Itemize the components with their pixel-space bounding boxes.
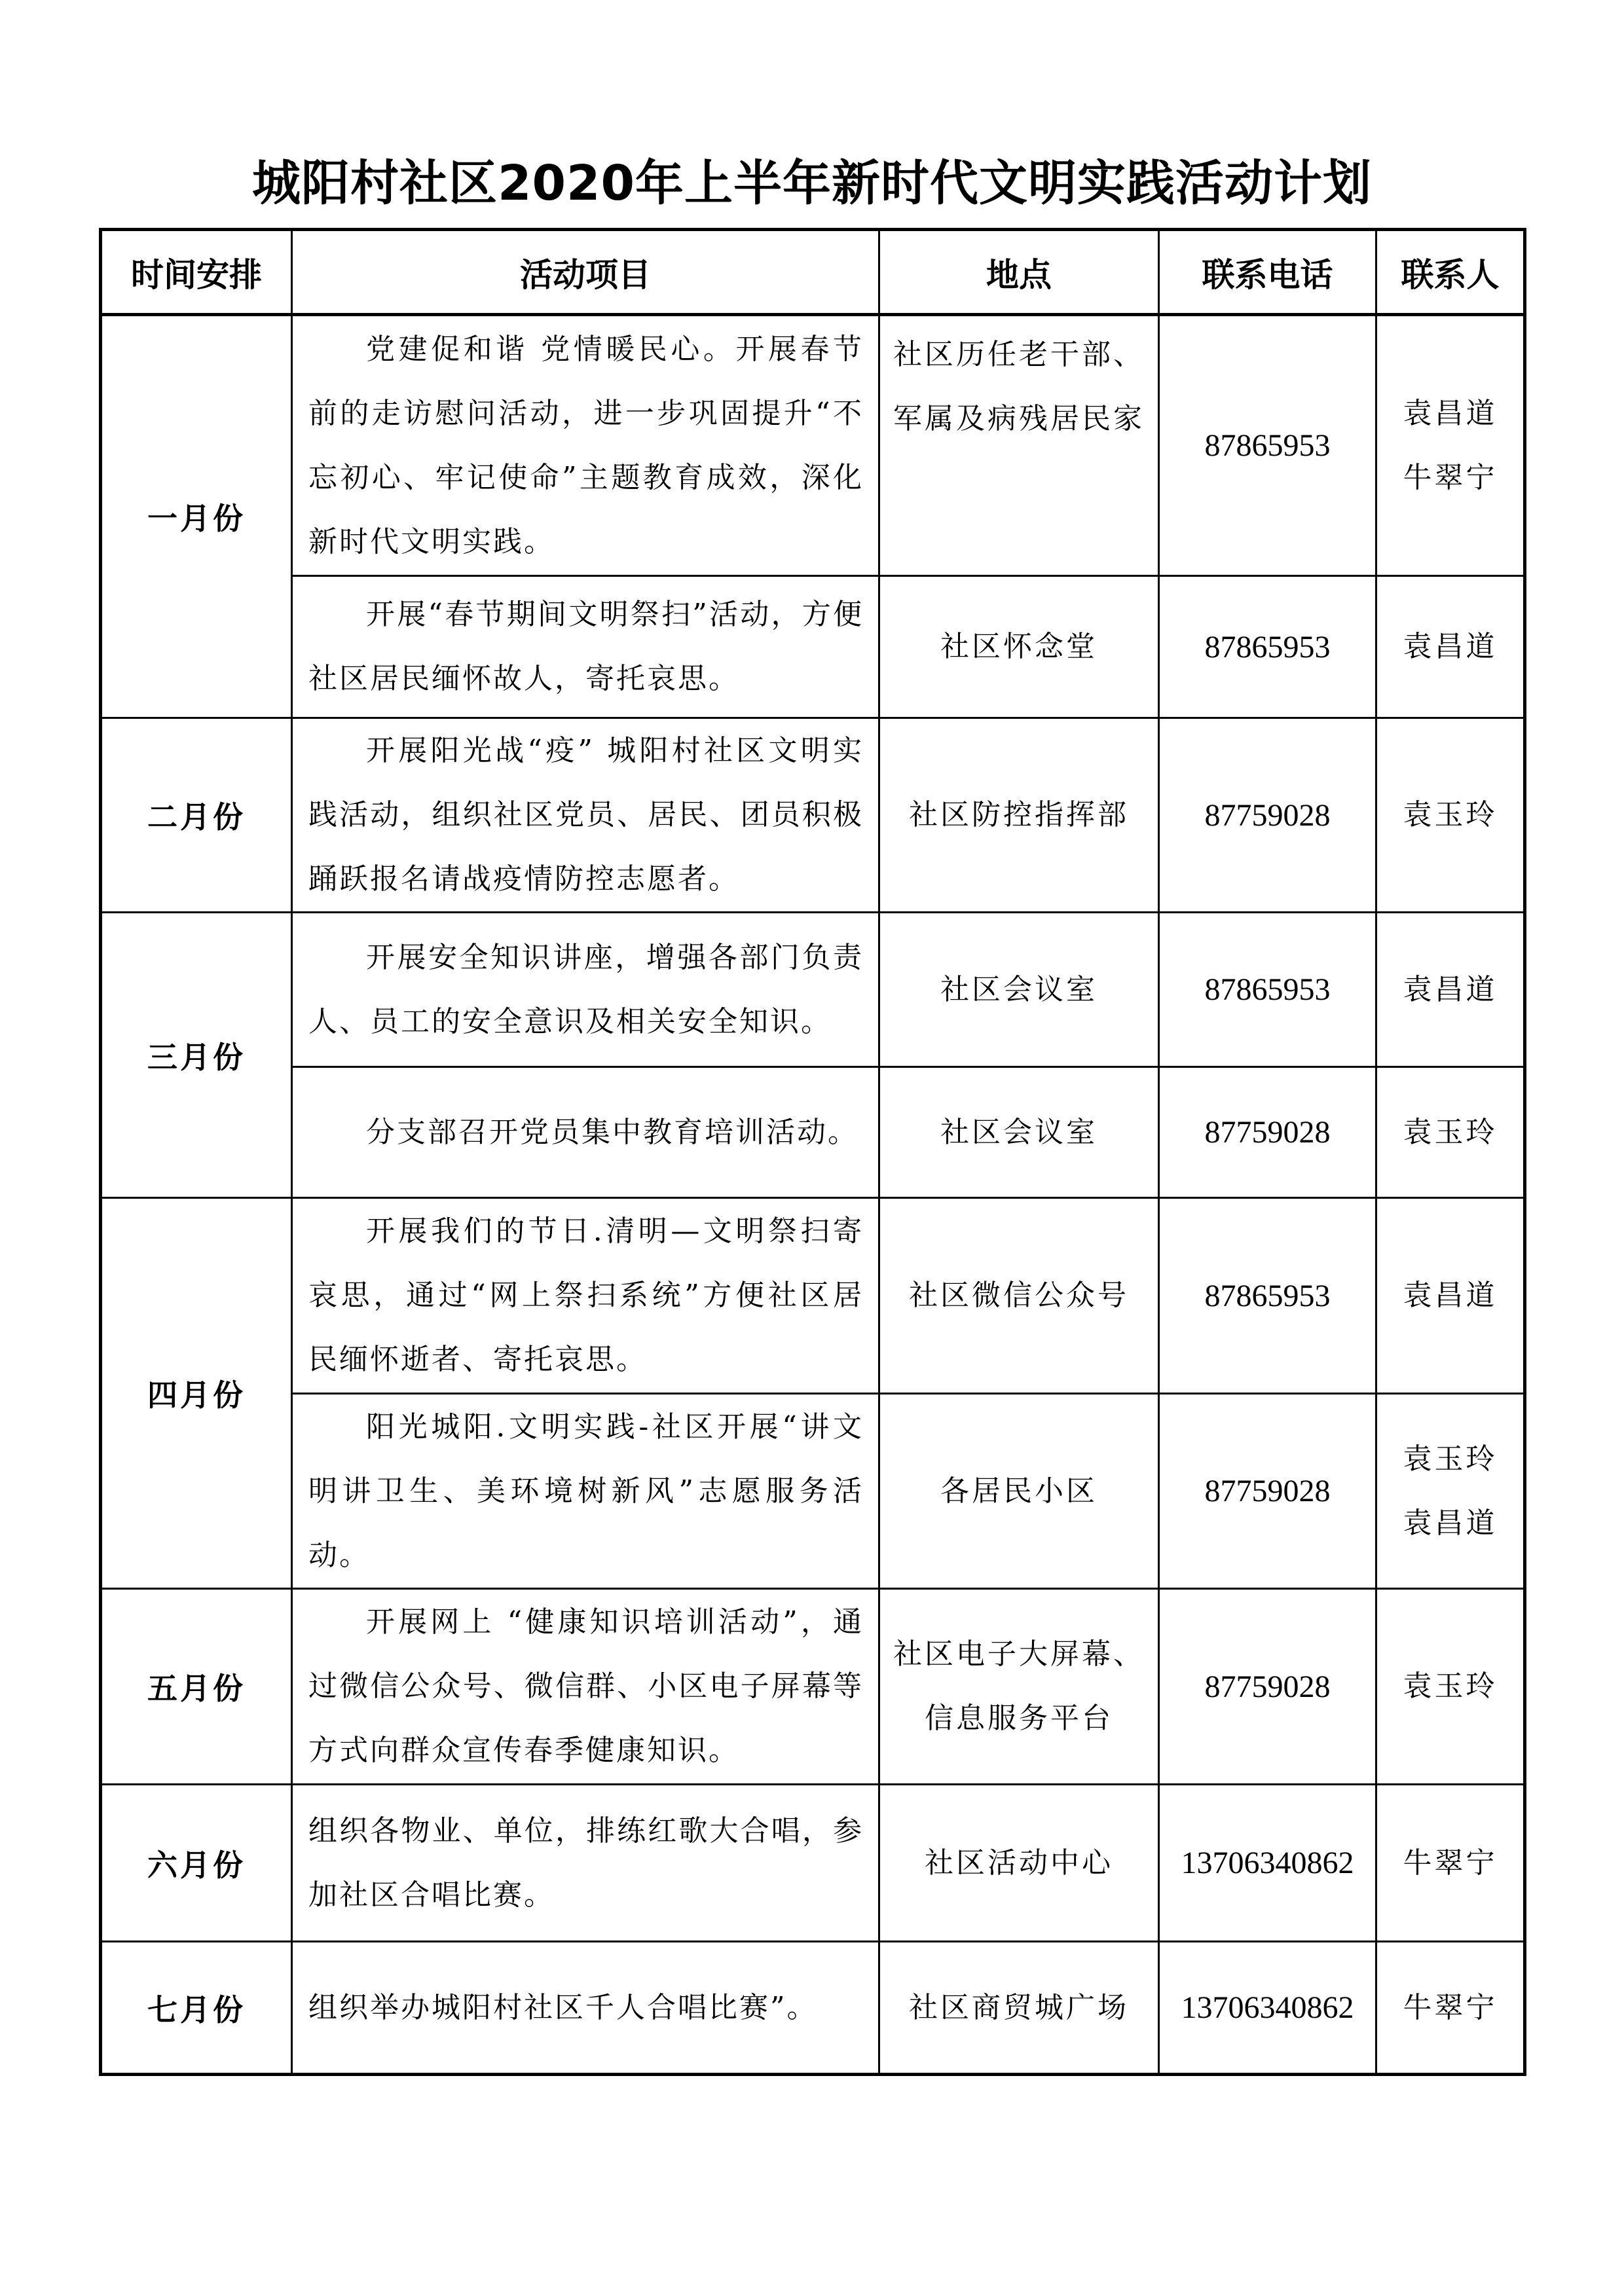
header-activity: 活动项目	[292, 230, 879, 315]
location-cell: 社区会议室	[879, 913, 1159, 1067]
table-row: 分支部召开党员集中教育培训活动。 社区会议室 87759028 袁玉玲	[101, 1067, 1525, 1198]
contact-cell: 袁玉玲	[1376, 1589, 1525, 1785]
phone-cell: 87759028	[1159, 1589, 1376, 1785]
phone-cell: 87759028	[1159, 718, 1376, 913]
contact-cell: 牛翠宁	[1376, 1785, 1525, 1942]
location-cell: 社区防控指挥部	[879, 718, 1159, 913]
contact-cell: 袁昌道	[1376, 576, 1525, 718]
location-line: 社区电子大屏幕、	[893, 1622, 1145, 1686]
phone-cell: 87865953	[1159, 576, 1376, 718]
header-phone: 联系电话	[1159, 230, 1376, 315]
activity-cell: 阳光城阳.文明实践-社区开展“讲文明讲卫生、美环境树新风”志愿服务活动。	[292, 1394, 879, 1589]
activity-cell: 分支部召开党员集中教育培训活动。	[292, 1067, 879, 1198]
contact-cell: 袁玉玲	[1376, 718, 1525, 913]
table-row: 七月份 组织举办城阳村社区千人合唱比赛”。 社区商贸城广场 1370634086…	[101, 1942, 1525, 2075]
table-row: 五月份 开展网上 “健康知识培训活动”，通过微信公众号、微信群、小区电子屏幕等方…	[101, 1589, 1525, 1785]
contact-cell: 袁昌道	[1376, 1198, 1525, 1394]
activity-cell: 党建促和谐 党情暖民心。开展春节前的走访慰问活动，进一步巩固提升“不忘初心、牢记…	[292, 315, 879, 576]
activity-cell: 组织各物业、单位，排练红歌大合唱，参加社区合唱比赛。	[292, 1785, 879, 1942]
activity-cell: 开展“春节期间文明祭扫”活动，方便社区居民缅怀故人，寄托哀思。	[292, 576, 879, 718]
phone-cell: 13706340862	[1159, 1942, 1376, 2075]
table-row: 二月份 开展阳光战“疫” 城阳村社区文明实践活动，组织社区党员、居民、团员积极踊…	[101, 718, 1525, 913]
contact-name: 袁玉玲	[1377, 1427, 1523, 1491]
activity-cell: 开展我们的节日.清明—文明祭扫寄哀思，通过“网上祭扫系统”方便社区居民缅怀逝者、…	[292, 1198, 879, 1394]
contact-cell: 袁玉玲	[1376, 1067, 1525, 1198]
table-row: 四月份 开展我们的节日.清明—文明祭扫寄哀思，通过“网上祭扫系统”方便社区居民缅…	[101, 1198, 1525, 1394]
activity-cell: 开展安全知识讲座，增强各部门负责人、员工的安全意识及相关安全知识。	[292, 913, 879, 1067]
month-cell: 二月份	[101, 718, 292, 913]
location-cell: 社区电子大屏幕、 信息服务平台	[879, 1589, 1159, 1785]
location-cell: 社区历任老干部、军属及病残居民家	[879, 315, 1159, 576]
document-title: 城阳村社区2020年上半年新时代文明实践活动计划	[0, 147, 1624, 219]
month-cell: 一月份	[101, 315, 292, 718]
location-cell: 社区活动中心	[879, 1785, 1159, 1942]
header-schedule: 时间安排	[101, 230, 292, 315]
table-row: 开展“春节期间文明祭扫”活动，方便社区居民缅怀故人，寄托哀思。 社区怀念堂 87…	[101, 576, 1525, 718]
contact-name: 袁昌道	[1377, 382, 1523, 446]
phone-cell: 87865953	[1159, 913, 1376, 1067]
contact-cell: 袁玉玲 袁昌道	[1376, 1394, 1525, 1589]
location-line: 信息服务平台	[893, 1686, 1145, 1751]
header-location: 地点	[879, 230, 1159, 315]
month-cell: 六月份	[101, 1785, 292, 1942]
month-cell: 四月份	[101, 1198, 292, 1589]
phone-cell: 87759028	[1159, 1394, 1376, 1589]
table-row: 一月份 党建促和谐 党情暖民心。开展春节前的走访慰问活动，进一步巩固提升“不忘初…	[101, 315, 1525, 576]
table-row: 六月份 组织各物业、单位，排练红歌大合唱，参加社区合唱比赛。 社区活动中心 13…	[101, 1785, 1525, 1942]
activity-cell: 组织举办城阳村社区千人合唱比赛”。	[292, 1942, 879, 2075]
contact-cell: 袁昌道 牛翠宁	[1376, 315, 1525, 576]
table-row: 三月份 开展安全知识讲座，增强各部门负责人、员工的安全意识及相关安全知识。 社区…	[101, 913, 1525, 1067]
table-header-row: 时间安排 活动项目 地点 联系电话 联系人	[101, 230, 1525, 315]
location-cell: 社区会议室	[879, 1067, 1159, 1198]
phone-cell: 87865953	[1159, 1198, 1376, 1394]
activity-cell: 开展网上 “健康知识培训活动”，通过微信公众号、微信群、小区电子屏幕等方式向群众…	[292, 1589, 879, 1785]
activity-plan-table: 时间安排 活动项目 地点 联系电话 联系人 一月份 党建促和谐 党情暖民心。开展…	[99, 228, 1526, 2076]
activity-cell: 开展阳光战“疫” 城阳村社区文明实践活动，组织社区党员、居民、团员积极踊跃报名请…	[292, 718, 879, 913]
table-row: 阳光城阳.文明实践-社区开展“讲文明讲卫生、美环境树新风”志愿服务活动。 各居民…	[101, 1394, 1525, 1589]
location-cell: 社区商贸城广场	[879, 1942, 1159, 2075]
month-cell: 五月份	[101, 1589, 292, 1785]
contact-cell: 牛翠宁	[1376, 1942, 1525, 2075]
contact-name: 牛翠宁	[1377, 446, 1523, 510]
location-cell: 各居民小区	[879, 1394, 1159, 1589]
month-cell: 三月份	[101, 913, 292, 1198]
contact-cell: 袁昌道	[1376, 913, 1525, 1067]
location-cell: 社区微信公众号	[879, 1198, 1159, 1394]
phone-cell: 87759028	[1159, 1067, 1376, 1198]
phone-cell: 87865953	[1159, 315, 1376, 576]
contact-name: 袁昌道	[1377, 1491, 1523, 1556]
month-cell: 七月份	[101, 1942, 292, 2075]
phone-cell: 13706340862	[1159, 1785, 1376, 1942]
location-cell: 社区怀念堂	[879, 576, 1159, 718]
header-contact: 联系人	[1376, 230, 1525, 315]
